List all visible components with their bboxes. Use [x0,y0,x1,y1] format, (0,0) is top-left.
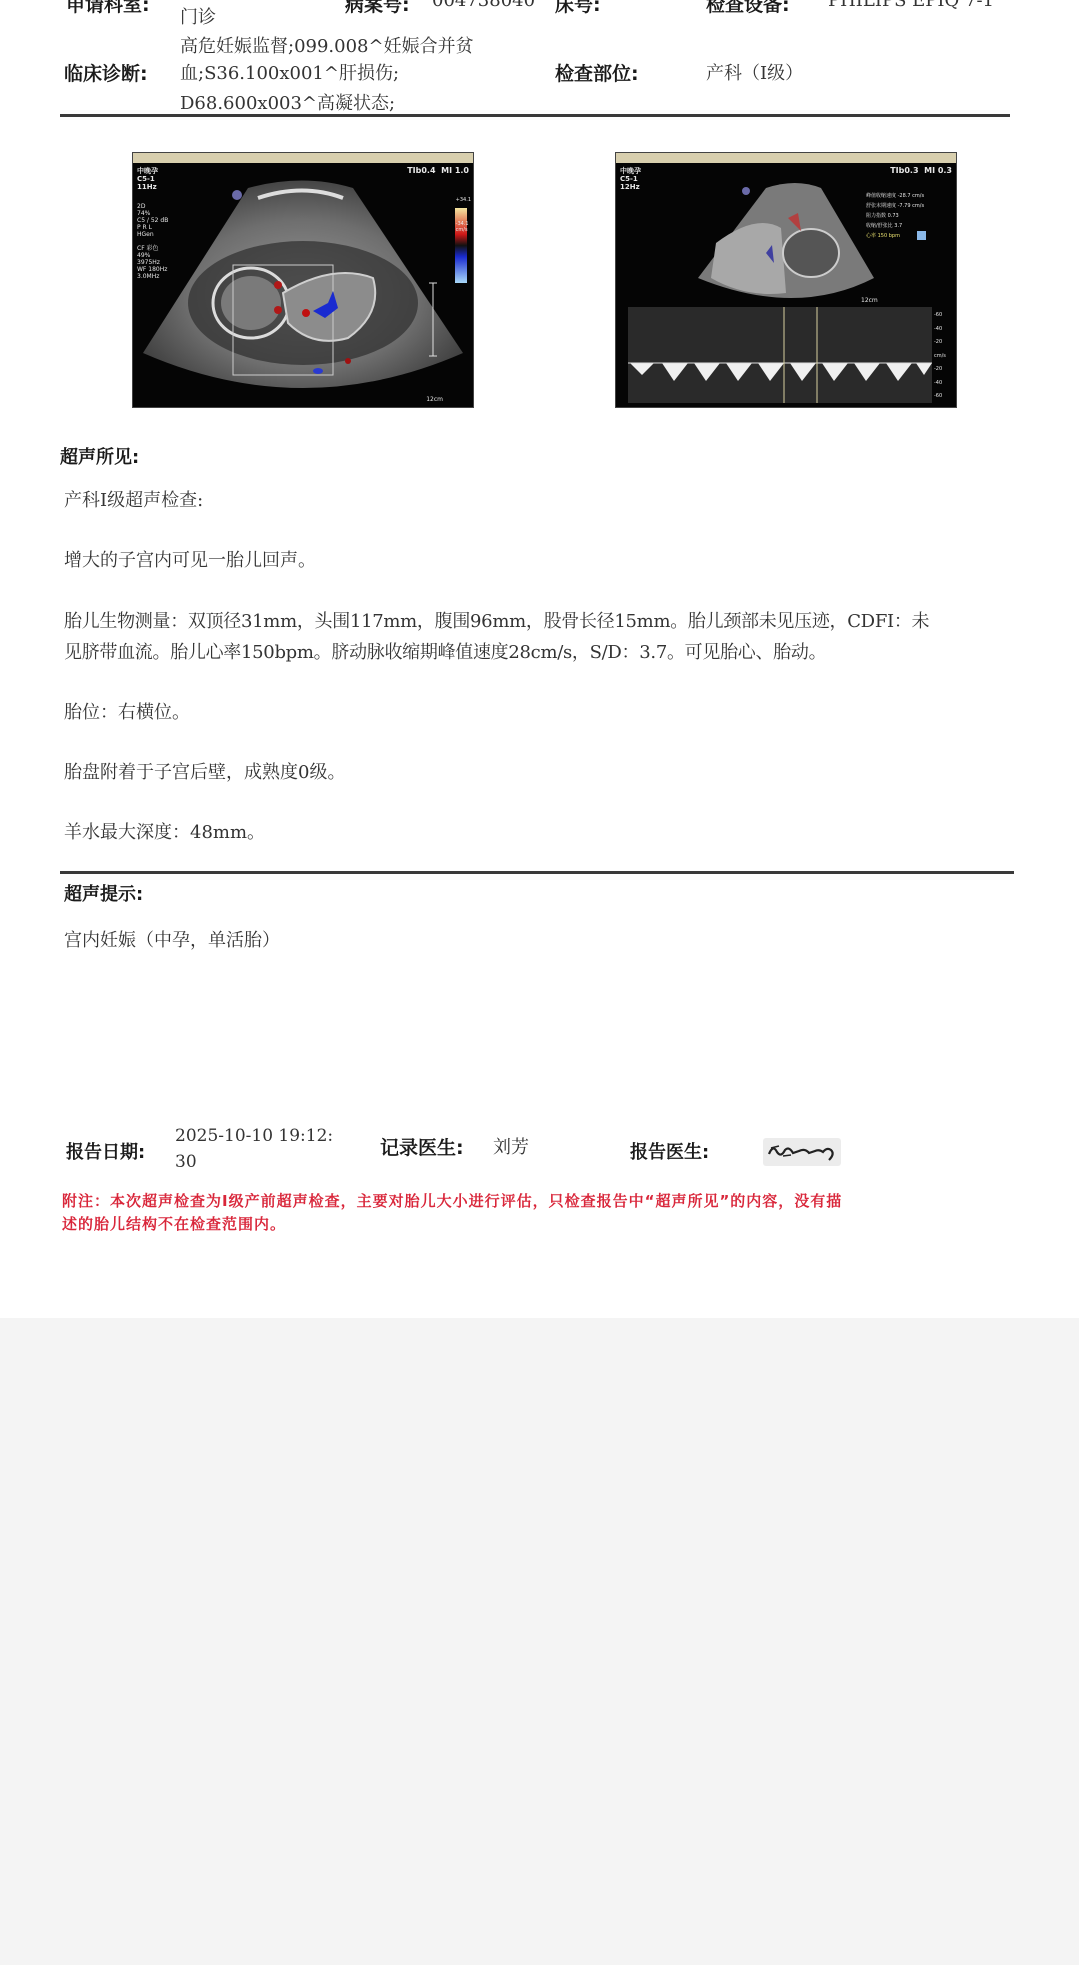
doppler-measurements: 峰值收缩速度 -28.7 cm/s 舒张末期速度 -7.79 cm/s 阻力指数… [866,191,952,241]
device-value: PHILIPS EPIQ 7-1 [828,0,994,11]
ultrasound-image-2d-color: 中晚孕 C5-1 11Hz TIb0.4 MI 1.0 2D 74% C5 / … [132,152,474,408]
depth-label: 12cm [426,396,443,404]
diagnosis-line-3: D68.600x003^高凝状态; [180,89,395,115]
reporter-label: 报告医生: [630,1138,709,1164]
measurement-end-diastolic: 舒张末期速度 -7.79 cm/s [866,201,952,211]
recorder-value: 刘芳 [493,1133,529,1159]
findings-line: 胎盘附着于子宫后壁，成熟度0级。 [64,758,345,784]
device-label: 检查设备: [706,0,790,17]
findings-line: 产科Ⅰ级超声检查: [64,486,203,512]
findings-line: 见脐带血流。胎儿心率150bpm。脐动脉收缩期峰值速度28cm/s，S/D：3.… [64,638,826,664]
fetal-sonogram-graphic [133,153,473,407]
bed-label: 床号: [555,0,601,17]
signature-scribble-icon [763,1138,841,1166]
recorder-label: 记录医生: [380,1133,464,1160]
scan-params: 2D 74% C5 / 52 dB P R L HGen CF 彩色 49% 3… [137,203,168,280]
findings-line: 增大的子宫内可见一胎儿回声。 [64,546,316,572]
record-label: 病案号: [345,0,410,17]
part-label: 检查部位: [555,59,639,86]
color-scale-labels: +34.1 -34.1 cm/s [456,197,471,233]
ultrasound-image-doppler: 中晚孕 C5-1 12Hz TIb0.3 MI 0.3 峰值收缩速度 -28.7… [615,152,957,408]
doppler-axis: -60 -40 -20 cm/s -20 -40 -60 [934,309,954,404]
report-date-value-cont: 30 [175,1152,197,1172]
findings-line: 羊水最大深度：48mm。 [64,818,265,844]
report-page: 申请科室: 病案号: 004738040 床号: 检查设备: PHILIPS E… [0,0,1079,1318]
dept-label: 申请科室: [66,0,150,17]
report-date-value: 2025-10-10 19:12: [175,1126,333,1146]
preset-info: 中晚孕 C5-1 11Hz [137,167,158,191]
findings-title: 超声所见: [60,443,139,469]
report-date-label: 报告日期: [66,1138,145,1164]
header-divider [60,114,1010,117]
findings-line: 胎位：右横位。 [64,698,190,724]
impression-title: 超声提示: [64,880,143,906]
findings-divider [60,871,1014,874]
diagnosis-line-2: 血;S36.100x001^肝损伤; [180,59,399,85]
preset-info: 中晚孕 C5-1 12Hz [620,167,641,191]
part-value: 产科（Ⅰ级） [706,59,803,85]
impression-text: 宫内妊娠（中孕，单活胎） [64,926,280,952]
diagnosis-line-1: 高危妊娠监督;099.008^妊娠合并贫 [180,32,474,58]
diagnosis-label: 临床诊断: [64,59,148,86]
depth-label: 12cm [861,297,878,305]
dept-value: 门诊 [180,3,216,29]
measurement-sd: 收缩/舒张比 3.7 [866,221,952,231]
disclaimer-note-line-2: 述的胎儿结构不在检查范围内。 [62,1213,286,1236]
doctor-signature [763,1138,841,1166]
record-value: 004738040 [432,0,535,11]
thermal-index: TIb0.3 MI 0.3 [890,167,952,175]
measurement-ri: 阻力指数 0.73 [866,211,952,221]
thermal-index: TIb0.4 MI 1.0 [407,167,469,175]
measurement-peak-systolic: 峰值收缩速度 -28.7 cm/s [866,191,952,201]
findings-line: 胎儿生物测量：双顶径31mm，头围117mm，腹围96mm，股骨长径15mm。胎… [64,607,929,633]
measurement-hr: 心率 150 bpm [866,231,952,241]
disclaimer-note-line-1: 附注：本次超声检查为Ⅰ级产前超声检查，主要对胎儿大小进行评估，只检查报告中“超声… [62,1190,842,1213]
